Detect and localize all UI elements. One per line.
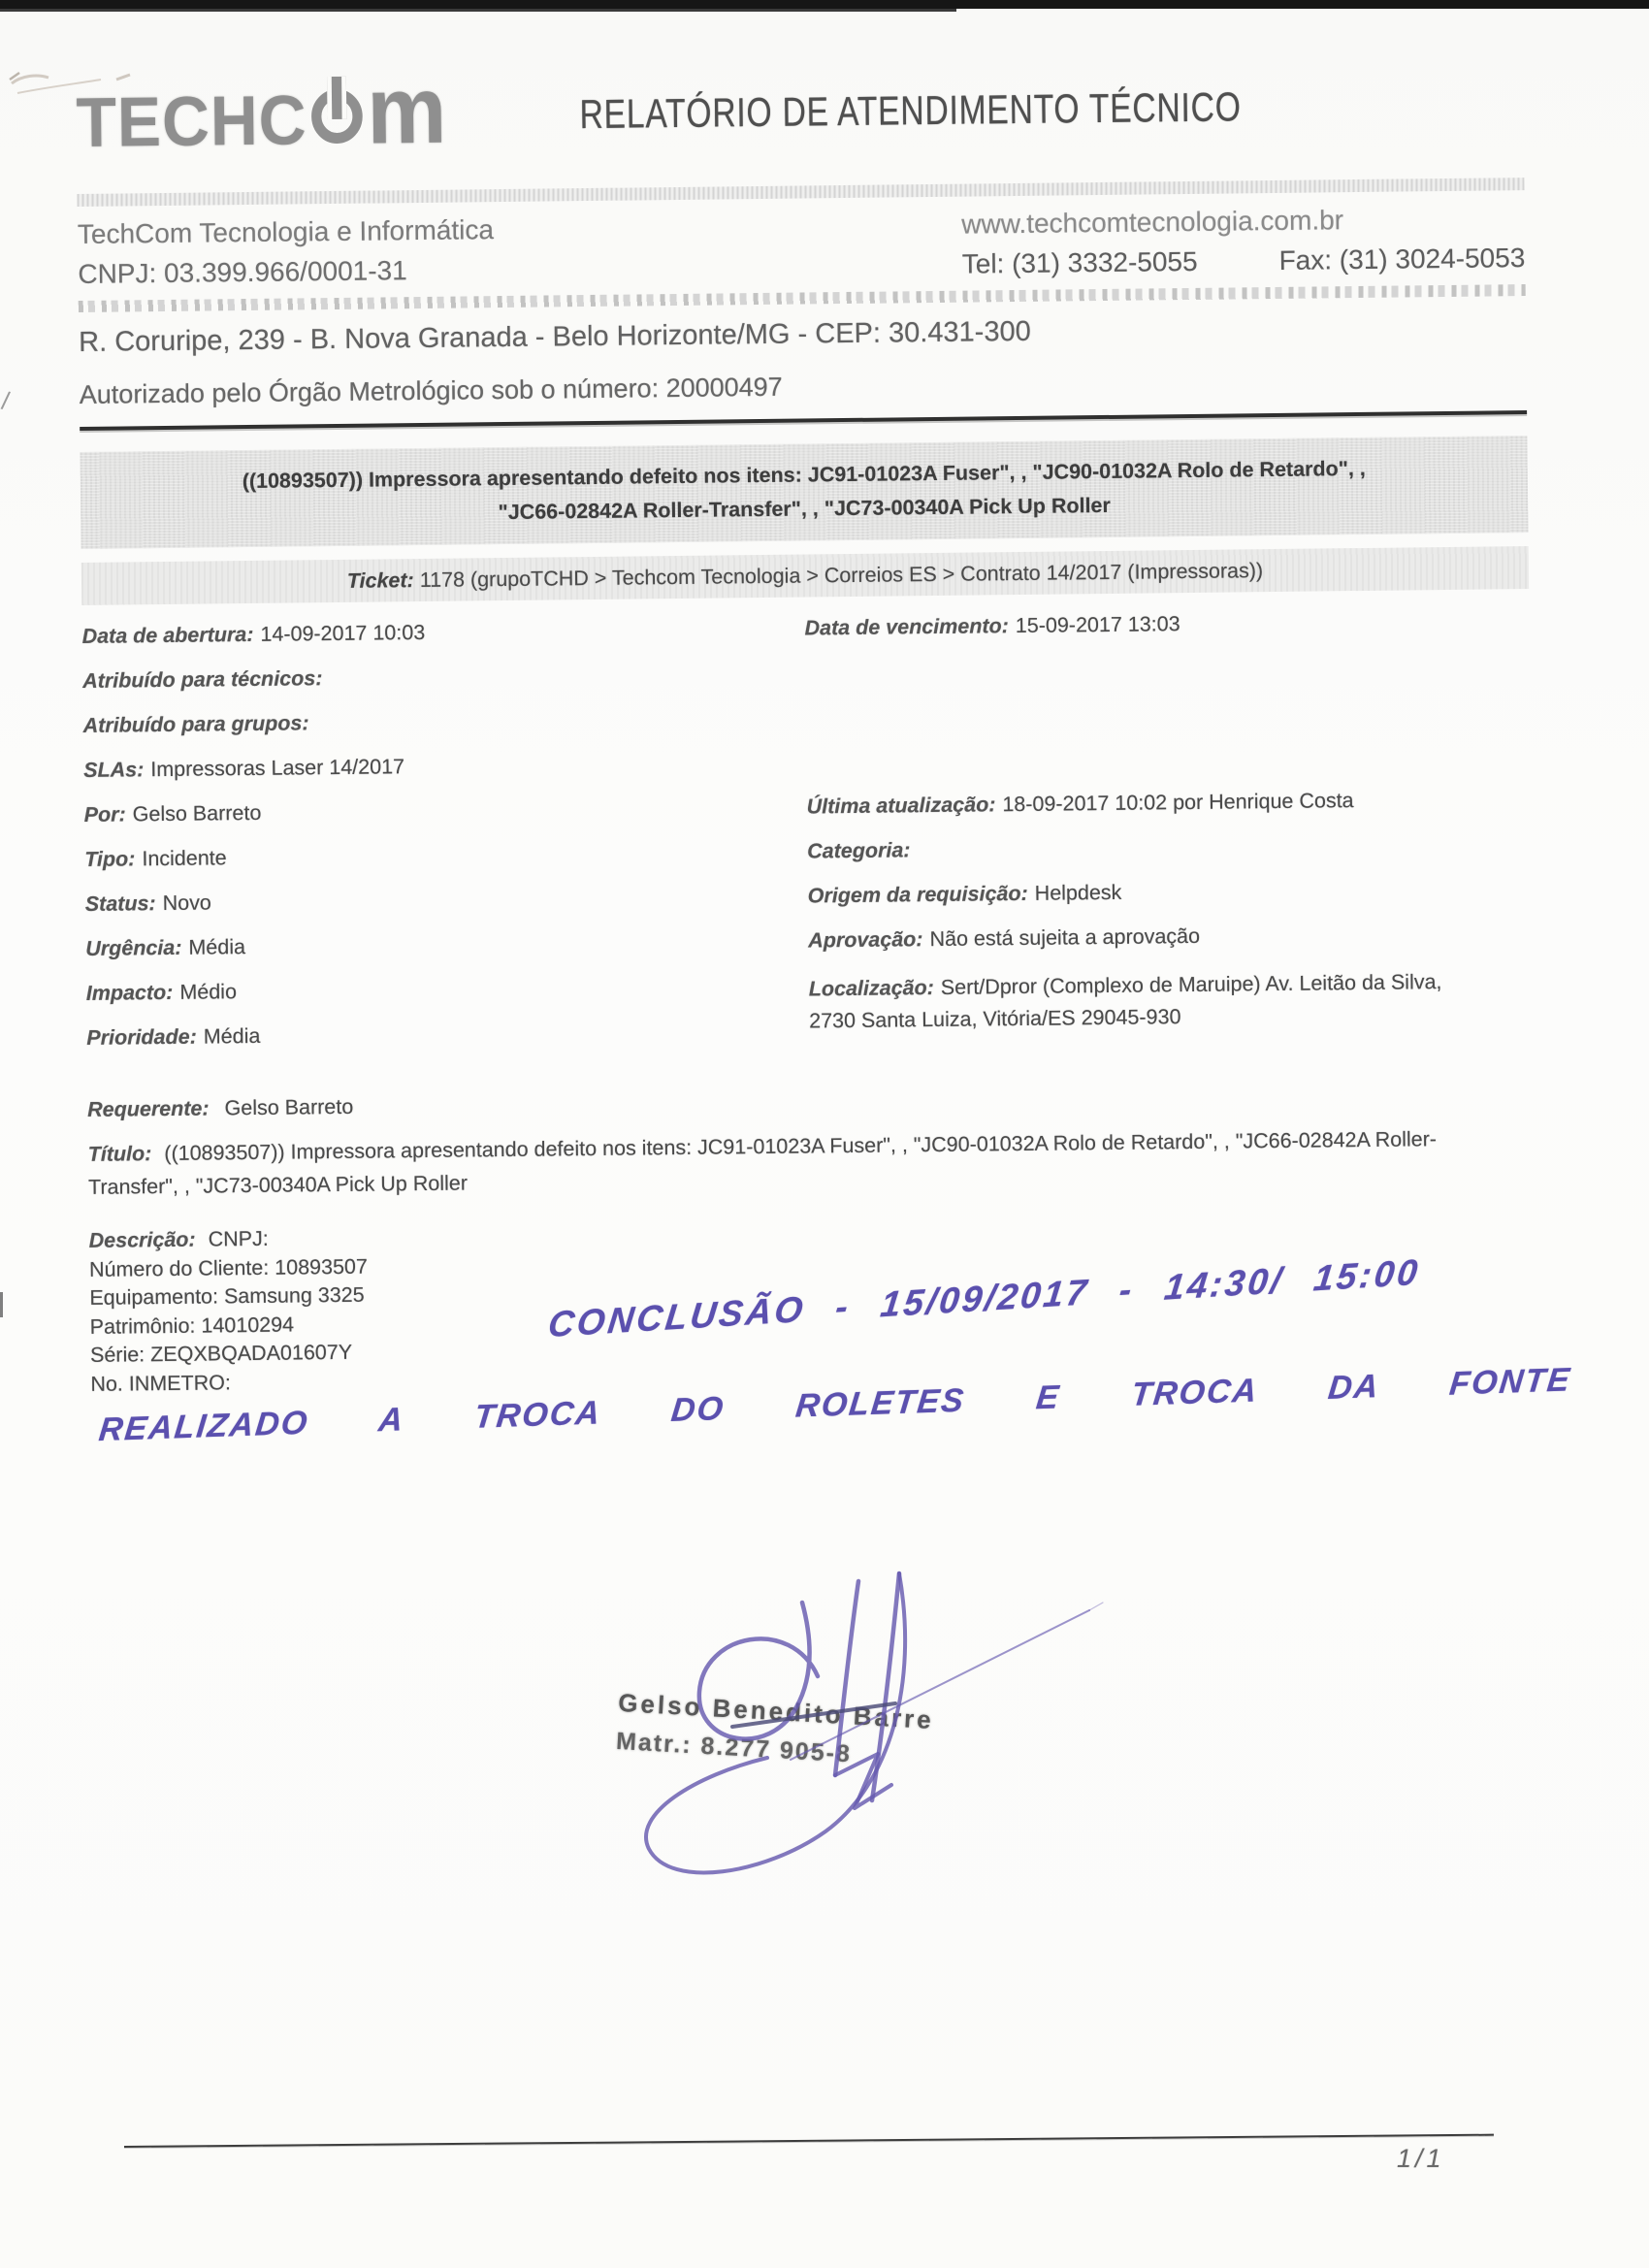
signature-ink — [558, 1560, 1120, 1890]
dashed-separator — [79, 284, 1526, 312]
company-website: www.techcomtecnologia.com.br — [961, 203, 1525, 241]
title-label: Título: — [88, 1142, 152, 1166]
section-rule — [80, 410, 1527, 431]
ticket-id-bar: Ticket: 1178 (grupoTCHD > Techcom Tecnol… — [81, 546, 1529, 605]
techcom-logo: TECHCm — [76, 81, 448, 161]
ticket-fields-grid: Data de abertura:14-09-2017 10:03 Atribu… — [81, 608, 1534, 1071]
document-header: TECHCm RELATÓRIO DE ATENDIMENTO TÉCNICO — [76, 53, 1524, 188]
ticket-subject-box: ((10893507)) Impressora apresentando def… — [80, 436, 1528, 549]
company-tel: Tel: (31) 3332-5055 — [962, 246, 1198, 280]
title-value: ((10893507)) Impressora apresentando def… — [88, 1127, 1437, 1199]
scanned-service-report-page: / TECHCm RELATÓRIO DE ATENDIMENTO TÉCNIC… — [0, 0, 1649, 2268]
requester-line: Requerente: Gelso Barreto — [87, 1082, 1535, 1122]
page-number: 1/1 — [1397, 2144, 1445, 2174]
company-name: TechCom Tecnologia e Informática — [78, 210, 962, 250]
ticket-value: 1178 (grupoTCHD > Techcom Tecnologia > C… — [420, 559, 1264, 593]
metrology-authorization: Autorizado pelo Órgão Metrológico sob o … — [80, 364, 1527, 410]
margin-mark-artifact: / — [0, 386, 12, 417]
ticket-title-paragraph: Título: ((10893507)) Impressora apresent… — [87, 1121, 1509, 1204]
field-localizacao: Localização:Sert/Dpror (Complexo de Maru… — [809, 966, 1489, 1063]
field-prioridade: Prioridade:Média — [86, 1018, 809, 1070]
report-title: RELATÓRIO DE ATENDIMENTO TÉCNICO — [579, 83, 1242, 138]
document-content: TECHCm RELATÓRIO DE ATENDIMENTO TÉCNICO … — [76, 53, 1537, 1399]
requester-value: Gelso Barreto — [224, 1095, 353, 1120]
field-data-vencimento: Data de vencimento:15-09-2017 13:03 — [804, 608, 1529, 661]
ticket-label: Ticket: — [347, 568, 414, 594]
company-info-block: TechCom Tecnologia e Informática www.tec… — [78, 203, 1526, 290]
company-phone-fax: Tel: (31) 3332-5055 Fax: (31) 3024-5053 — [962, 243, 1526, 280]
description-label: Descrição: — [89, 1228, 196, 1252]
logo-text-suffix: m — [367, 56, 448, 164]
company-cnpj: CNPJ: 03.399.966/0001-31 — [78, 249, 962, 290]
company-address: R. Coruripe, 239 - B. Nova Granada - Bel… — [79, 310, 1526, 359]
logo-text-prefix: TECHC — [76, 81, 307, 162]
scan-edge-artifact-2 — [0, 9, 956, 12]
requester-label: Requerente: — [87, 1097, 210, 1121]
scan-edge-artifact — [0, 0, 1649, 9]
footer-rule — [124, 2134, 1494, 2148]
company-fax: Fax: (31) 3024-5053 — [1278, 243, 1525, 276]
power-icon — [311, 89, 363, 145]
margin-tick-artifact — [0, 1292, 3, 1317]
